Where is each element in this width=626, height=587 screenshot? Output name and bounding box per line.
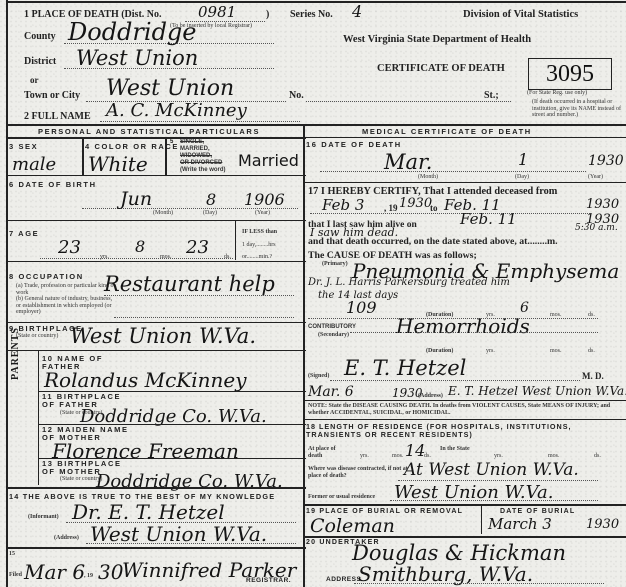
dob-day: 8 xyxy=(206,190,216,209)
occupation-value: Restaurant help xyxy=(104,272,275,296)
age-label: 7 AGE xyxy=(9,229,39,238)
residence-days: 14 xyxy=(405,441,425,460)
contributory-label: CONTRIBUTORY xyxy=(308,324,356,331)
division-title: Division of Vital Statistics xyxy=(463,9,578,20)
mother-birthplace-value: Doddridge Co. W.Va. xyxy=(96,471,283,492)
full-name-value: A. C. McKinney xyxy=(106,100,247,121)
dist-no: 0981 xyxy=(198,3,236,21)
series-no: 4 xyxy=(352,2,362,21)
disease-contracted: At West Union W.Va. xyxy=(404,460,579,480)
department-title: West Virginia State Department of Health xyxy=(343,34,531,45)
burial-date-label: DATE OF BURIAL xyxy=(500,508,575,515)
age-days: 23 xyxy=(186,237,209,258)
district-label: District xyxy=(24,56,56,67)
county-label: County xyxy=(24,31,56,42)
center-divider xyxy=(303,124,305,587)
date-of-death-label: 16 DATE OF DEATH xyxy=(306,140,402,149)
dob-month: Jun xyxy=(120,188,152,210)
informant-value: Dr. E. T. Hetzel xyxy=(72,500,225,524)
if-less-than: IF LESS than xyxy=(242,229,277,236)
race-value: White xyxy=(88,152,148,176)
age-years: 23 xyxy=(58,237,81,258)
burial-year: 1930 xyxy=(586,517,619,532)
signed-date: Mar. 6 xyxy=(308,384,354,400)
certificate-title: CERTIFICATE OF DEATH xyxy=(377,63,505,74)
dob-year: 1906 xyxy=(244,190,285,209)
hospital-note: (If death occurred in a hospital or inst… xyxy=(532,99,624,119)
attended-from: Feb 3 xyxy=(322,196,364,214)
attended-from-year: 1930 xyxy=(399,196,432,211)
undertaker-address-label: ADDRESS xyxy=(326,576,361,583)
top-border xyxy=(6,1,626,3)
age-months: 8 xyxy=(135,237,145,256)
burial-date: March 3 xyxy=(488,515,552,533)
burial-place-label: 19 PLACE OF BURIAL OR REMOVAL xyxy=(306,508,463,515)
county-value: Doddridge xyxy=(68,18,197,46)
district-value: West Union xyxy=(76,46,198,70)
birthplace-value: West Union W.Va. xyxy=(70,324,256,348)
personal-section-title: PERSONAL AND STATISTICAL PARTICULARS xyxy=(38,127,260,136)
md-label: M. D. xyxy=(582,371,604,381)
registrar-label: REGISTRAR. xyxy=(246,577,291,584)
town-value: West Union xyxy=(106,76,234,101)
physician-signature: E. T. Hetzel xyxy=(344,356,466,380)
series-label: Series No. xyxy=(290,9,333,20)
physician-address: E. T. Hetzel West Union W.Va. xyxy=(448,384,626,398)
last-saw-date: Feb. 11 xyxy=(460,210,517,228)
filed-year: 30 xyxy=(98,560,123,584)
filed-date: Mar 6 xyxy=(24,560,85,584)
attended-to-year: 1930 xyxy=(586,197,619,212)
death-occurred-text: and that death occurred, on the date sta… xyxy=(308,236,558,247)
street-label: St.; xyxy=(484,90,499,101)
contributory-cause: Hemorrhoids xyxy=(396,314,530,338)
or-label: or xyxy=(30,75,39,85)
occupation-label: 8 OCCUPATION xyxy=(9,272,84,281)
primary-note-1: Dr. J. L. Harris Parkersburg treated him xyxy=(308,277,510,288)
burial-place: Coleman xyxy=(310,515,395,537)
death-year: 1930 xyxy=(588,153,624,169)
town-label: Town or City xyxy=(24,90,80,101)
medical-section-title: MEDICAL CERTIFICATE OF DEATH xyxy=(362,127,532,136)
sex-label: 3 SEX xyxy=(9,142,38,151)
dob-label: 6 DATE OF BIRTH xyxy=(9,180,97,189)
marital-options: SINGLE, MARRIED, WIDOWED, OR DIVORCED (W… xyxy=(180,139,226,174)
death-certificate: 1 PLACE OF DEATH (Dist. No. 0981 ) (To b… xyxy=(0,0,626,587)
father-value: Rolandus McKinney xyxy=(44,368,247,392)
state-reg-note: (For State Reg. use only) xyxy=(527,90,587,97)
full-name-label: 2 FULL NAME xyxy=(24,111,91,122)
number-label: No. xyxy=(289,90,304,101)
marital-value: Married xyxy=(238,151,299,170)
sex-value: male xyxy=(12,154,56,175)
residence-heading: 18 LENGTH OF RESIDENCE (FOR HOSPITALS, I… xyxy=(306,423,616,439)
duration-value: 109 xyxy=(346,298,377,317)
parents-side-label: PARENTS xyxy=(10,327,21,380)
note-text: NOTE: State the DISEASE CAUSING DEATH. I… xyxy=(308,403,618,417)
left-border xyxy=(6,0,8,587)
state-registration-number: 3095 xyxy=(528,58,612,90)
time-note: 5:30 a.m. xyxy=(575,223,618,233)
death-day: 1 xyxy=(518,150,528,169)
